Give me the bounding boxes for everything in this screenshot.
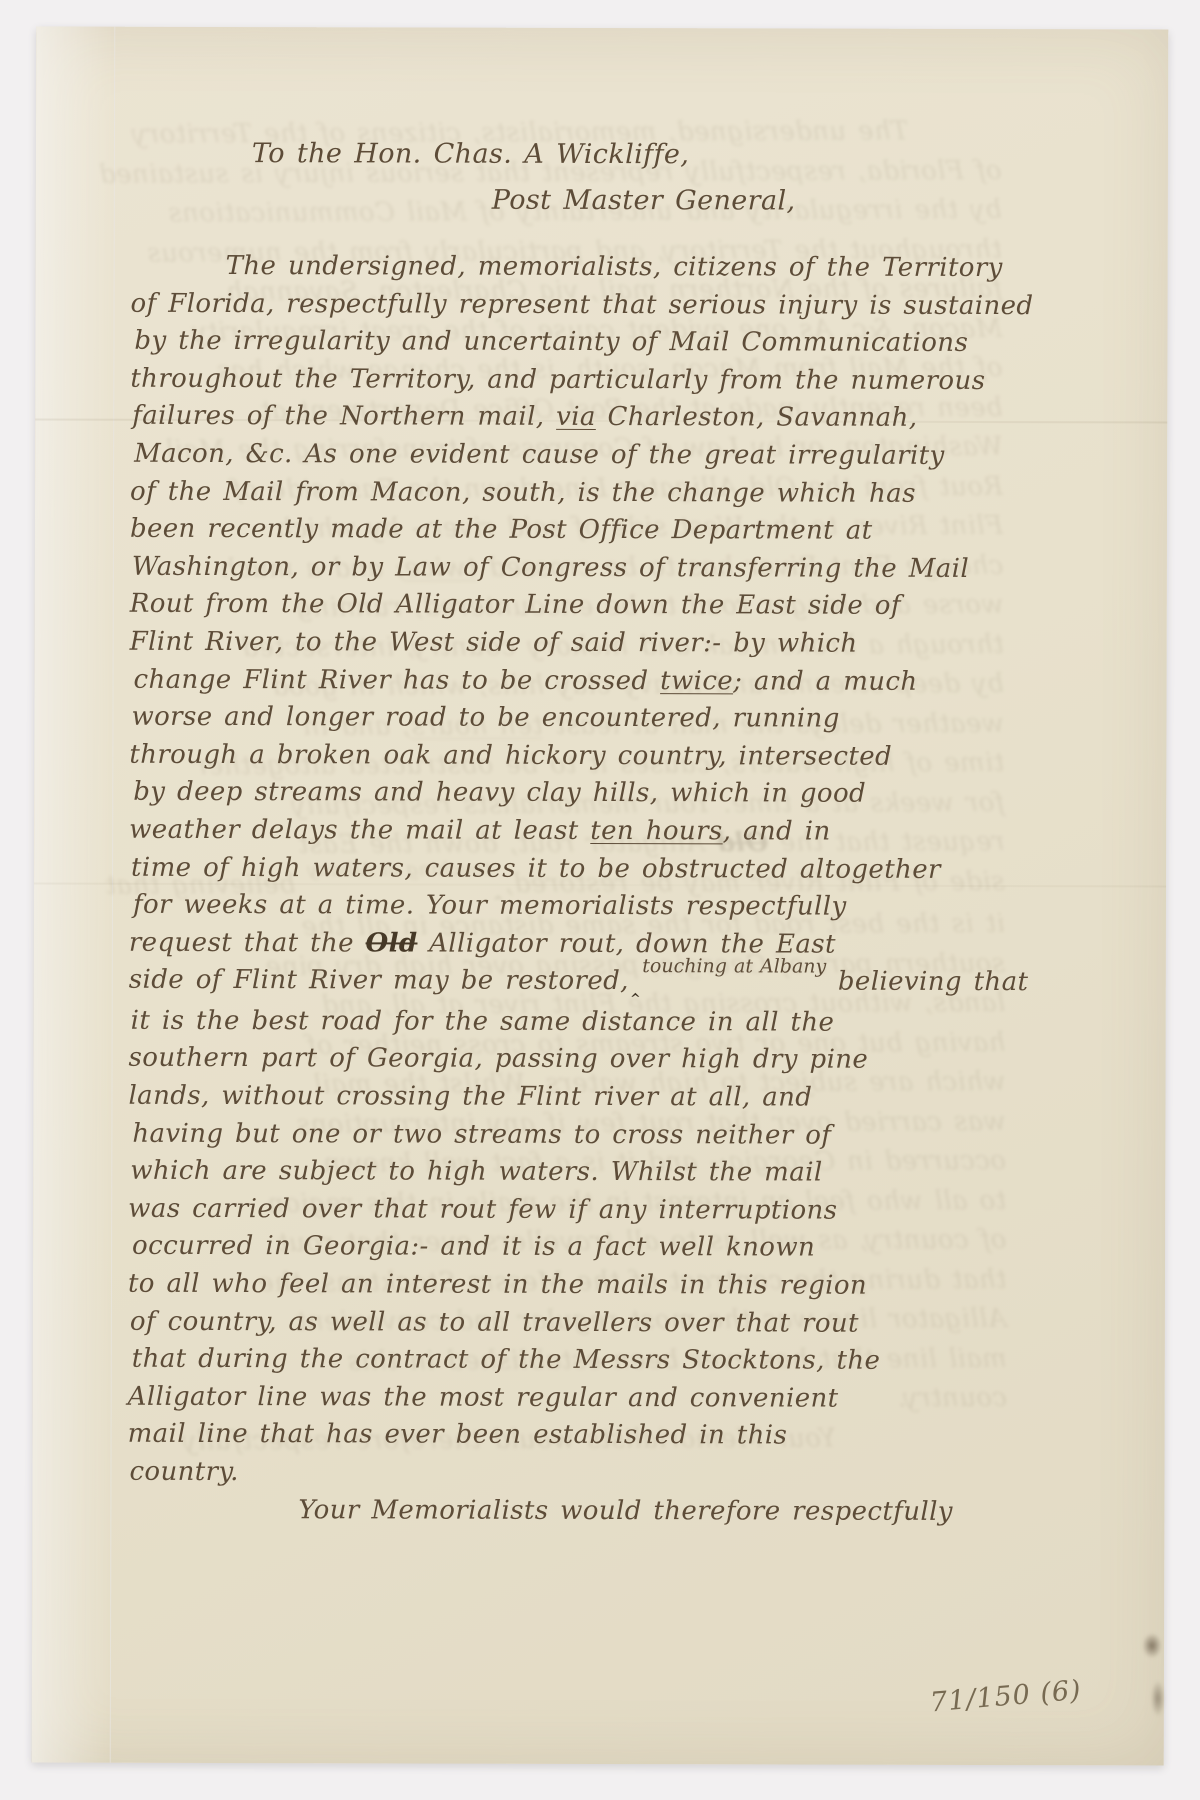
manuscript-text-segment: it is the best road for the same distanc…: [131, 1006, 835, 1038]
manuscript-text-segment: time of high waters, causes it to be obs…: [131, 852, 941, 884]
manuscript-line: failures of the Northern mail, via Charl…: [132, 398, 1060, 438]
paper-left-edge-band: [32, 27, 116, 1763]
manuscript-text-segment: ten hours: [590, 816, 722, 846]
manuscript-line: change Flint River has to be crossed twi…: [134, 661, 1060, 701]
manuscript-text-segment: Macon, &c. As one evident cause of the g…: [134, 439, 945, 471]
manuscript-text-segment: Old: [366, 928, 418, 958]
manuscript-line: Macon, &c. As one evident cause of the g…: [134, 436, 1060, 476]
manuscript-text-segment: of country, as well as to all travellers…: [130, 1306, 859, 1338]
manuscript-text-segment: to all who feel an interest in the mails…: [128, 1269, 867, 1301]
scan-backdrop: { "letter": { "heading": [ {"indent": 12…: [0, 0, 1200, 1800]
manuscript-text-segment: ; and a much: [733, 666, 918, 696]
manuscript-line: Alligator line was the most regular and …: [128, 1379, 1058, 1419]
manuscript-line: it is the best road for the same distanc…: [131, 1003, 1059, 1043]
manuscript-text-segment: request that the: [129, 927, 366, 958]
manuscript-line: by deep streams and heavy clay hills, wh…: [133, 774, 1059, 814]
manuscript-text-segment: via: [556, 402, 596, 432]
manuscript-text-segment: was carried over that rout few if any in…: [128, 1194, 837, 1226]
manuscript-line: throughout the Territory, and particular…: [130, 361, 1060, 401]
manuscript-text-segment: by deep streams and heavy clay hills, wh…: [133, 777, 866, 809]
manuscript-text-segment: through a broken oak and hickory country…: [129, 739, 892, 771]
manuscript-text-segment: country.: [129, 1457, 238, 1487]
manuscript-text-segment: believing that: [826, 967, 1028, 998]
manuscript-line: lands, without crossing the Flint river …: [128, 1078, 1058, 1118]
manuscript-text-segment: side of Flint River may be restored,: [129, 965, 629, 996]
manuscript-text-segment: weather delays the mail at least: [129, 815, 590, 846]
archival-note: 71/150 (6): [929, 1675, 1083, 1719]
manuscript-text-segment: that during the contract of the Messrs S…: [132, 1344, 881, 1376]
manuscript-text-segment: which are subject to high waters. Whilst…: [130, 1156, 822, 1188]
manuscript-text-segment: of Florida, respectfully represent that …: [131, 288, 1034, 320]
manuscript-text-segment: To the Hon. Chas. A Wickliffe,: [252, 138, 689, 170]
document-paper: The undersigned, memorialists, citizens …: [32, 27, 1169, 1766]
manuscript-line: time of high waters, causes it to be obs…: [131, 849, 1059, 889]
manuscript-text-segment: Alligator line was the most regular and …: [128, 1382, 839, 1414]
manuscript-line: Post Master General,: [131, 177, 1061, 225]
manuscript-line: by the irregularity and uncertainty of M…: [134, 323, 1060, 363]
manuscript-text-segment: worse and longer road to be encountered,…: [131, 702, 839, 734]
ink-smudge: [1128, 1621, 1168, 1731]
manuscript-text-segment: ‸: [630, 970, 642, 1008]
manuscript-text-segment: Post Master General,: [492, 185, 796, 217]
manuscript-line: been recently made at the Post Office De…: [130, 511, 1060, 551]
manuscript-line: of Florida, respectfully represent that …: [130, 285, 1060, 325]
manuscript-line: request that the Old Alligator rout, dow…: [129, 924, 1059, 964]
manuscript-text-segment: southern part of Georgia, passing over h…: [129, 1043, 869, 1075]
manuscript-text-layer: To the Hon. Chas. A Wickliffe,Post Maste…: [127, 131, 1061, 1532]
manuscript-text-segment: by the irregularity and uncertainty of M…: [134, 326, 968, 358]
manuscript-line: having but one or two streams to cross n…: [132, 1115, 1058, 1155]
manuscript-text-segment: Washington, or by Law of Congress of tra…: [132, 552, 969, 584]
manuscript-line: Flint River, to the West side of said ri…: [130, 624, 1060, 664]
manuscript-text-segment: Rout from the Old Alligator Line down th…: [130, 589, 901, 621]
manuscript-line: which are subject to high waters. Whilst…: [130, 1153, 1058, 1193]
manuscript-text-segment: change Flint River has to be crossed: [134, 664, 661, 695]
manuscript-text-segment: twice: [660, 666, 733, 696]
manuscript-text-segment: Your Memorialists would therefore respec…: [298, 1495, 953, 1527]
manuscript-text-segment: Charleston, Savannah,: [596, 402, 918, 433]
manuscript-text-segment: lands, without crossing the Flint river …: [128, 1081, 812, 1113]
manuscript-line: country.: [129, 1454, 1057, 1494]
manuscript-line: The undersigned, memorialists, citizens …: [133, 248, 1061, 288]
manuscript-line: occurred in Georgia:- and it is a fact w…: [132, 1228, 1058, 1268]
manuscript-line: weather delays the mail at least ten hou…: [129, 812, 1059, 852]
manuscript-text-segment: , and in: [723, 816, 831, 846]
manuscript-line: Washington, or by Law of Congress of tra…: [132, 549, 1060, 589]
manuscript-line: to all who feel an interest in the mails…: [128, 1266, 1058, 1306]
manuscript-line: for weeks at a time. Your memorialists r…: [133, 887, 1059, 927]
manuscript-line: southern part of Georgia, passing over h…: [129, 1040, 1059, 1080]
manuscript-body: The undersigned, memorialists, citizens …: [127, 248, 1060, 1532]
manuscript-line: To the Hon. Chas. A Wickliffe,: [131, 131, 1061, 179]
manuscript-line: Your Memorialists would therefore respec…: [127, 1491, 1057, 1531]
manuscript-text-segment: mail line that has ever been established…: [128, 1419, 788, 1451]
manuscript-line: mail line that has ever been established…: [128, 1416, 1058, 1456]
manuscript-text-segment: throughout the Territory, and particular…: [130, 364, 985, 396]
manuscript-line: of country, as well as to all travellers…: [130, 1303, 1058, 1343]
manuscript-text-segment: of the Mail from Macon, south, is the ch…: [130, 476, 916, 508]
manuscript-line: worse and longer road to be encountered,…: [131, 699, 1059, 739]
manuscript-line: Rout from the Old Alligator Line down th…: [130, 586, 1060, 626]
manuscript-text-segment: The undersigned, memorialists, citizens …: [226, 251, 1003, 283]
manuscript-line: side of Flint River may be restored,‸tou…: [129, 962, 1059, 1005]
manuscript-line: through a broken oak and hickory country…: [129, 736, 1059, 776]
manuscript-text-segment: occurred in Georgia:- and it is a fact w…: [132, 1231, 815, 1263]
manuscript-text-segment: Alligator rout, down the East: [417, 928, 835, 959]
manuscript-line: was carried over that rout few if any in…: [128, 1191, 1058, 1231]
manuscript-text-segment: been recently made at the Post Office De…: [130, 514, 873, 546]
manuscript-text-segment: having but one or two streams to cross n…: [132, 1118, 831, 1150]
manuscript-text-segment: for weeks at a time. Your memorialists r…: [133, 890, 847, 922]
manuscript-text-segment: failures of the Northern mail,: [132, 401, 556, 432]
manuscript-text-segment: Flint River, to the West side of said ri…: [130, 627, 858, 659]
manuscript-line: of the Mail from Macon, south, is the ch…: [130, 473, 1060, 513]
manuscript-line: that during the contract of the Messrs S…: [132, 1341, 1058, 1381]
manuscript-heading: To the Hon. Chas. A Wickliffe,Post Maste…: [131, 131, 1061, 225]
